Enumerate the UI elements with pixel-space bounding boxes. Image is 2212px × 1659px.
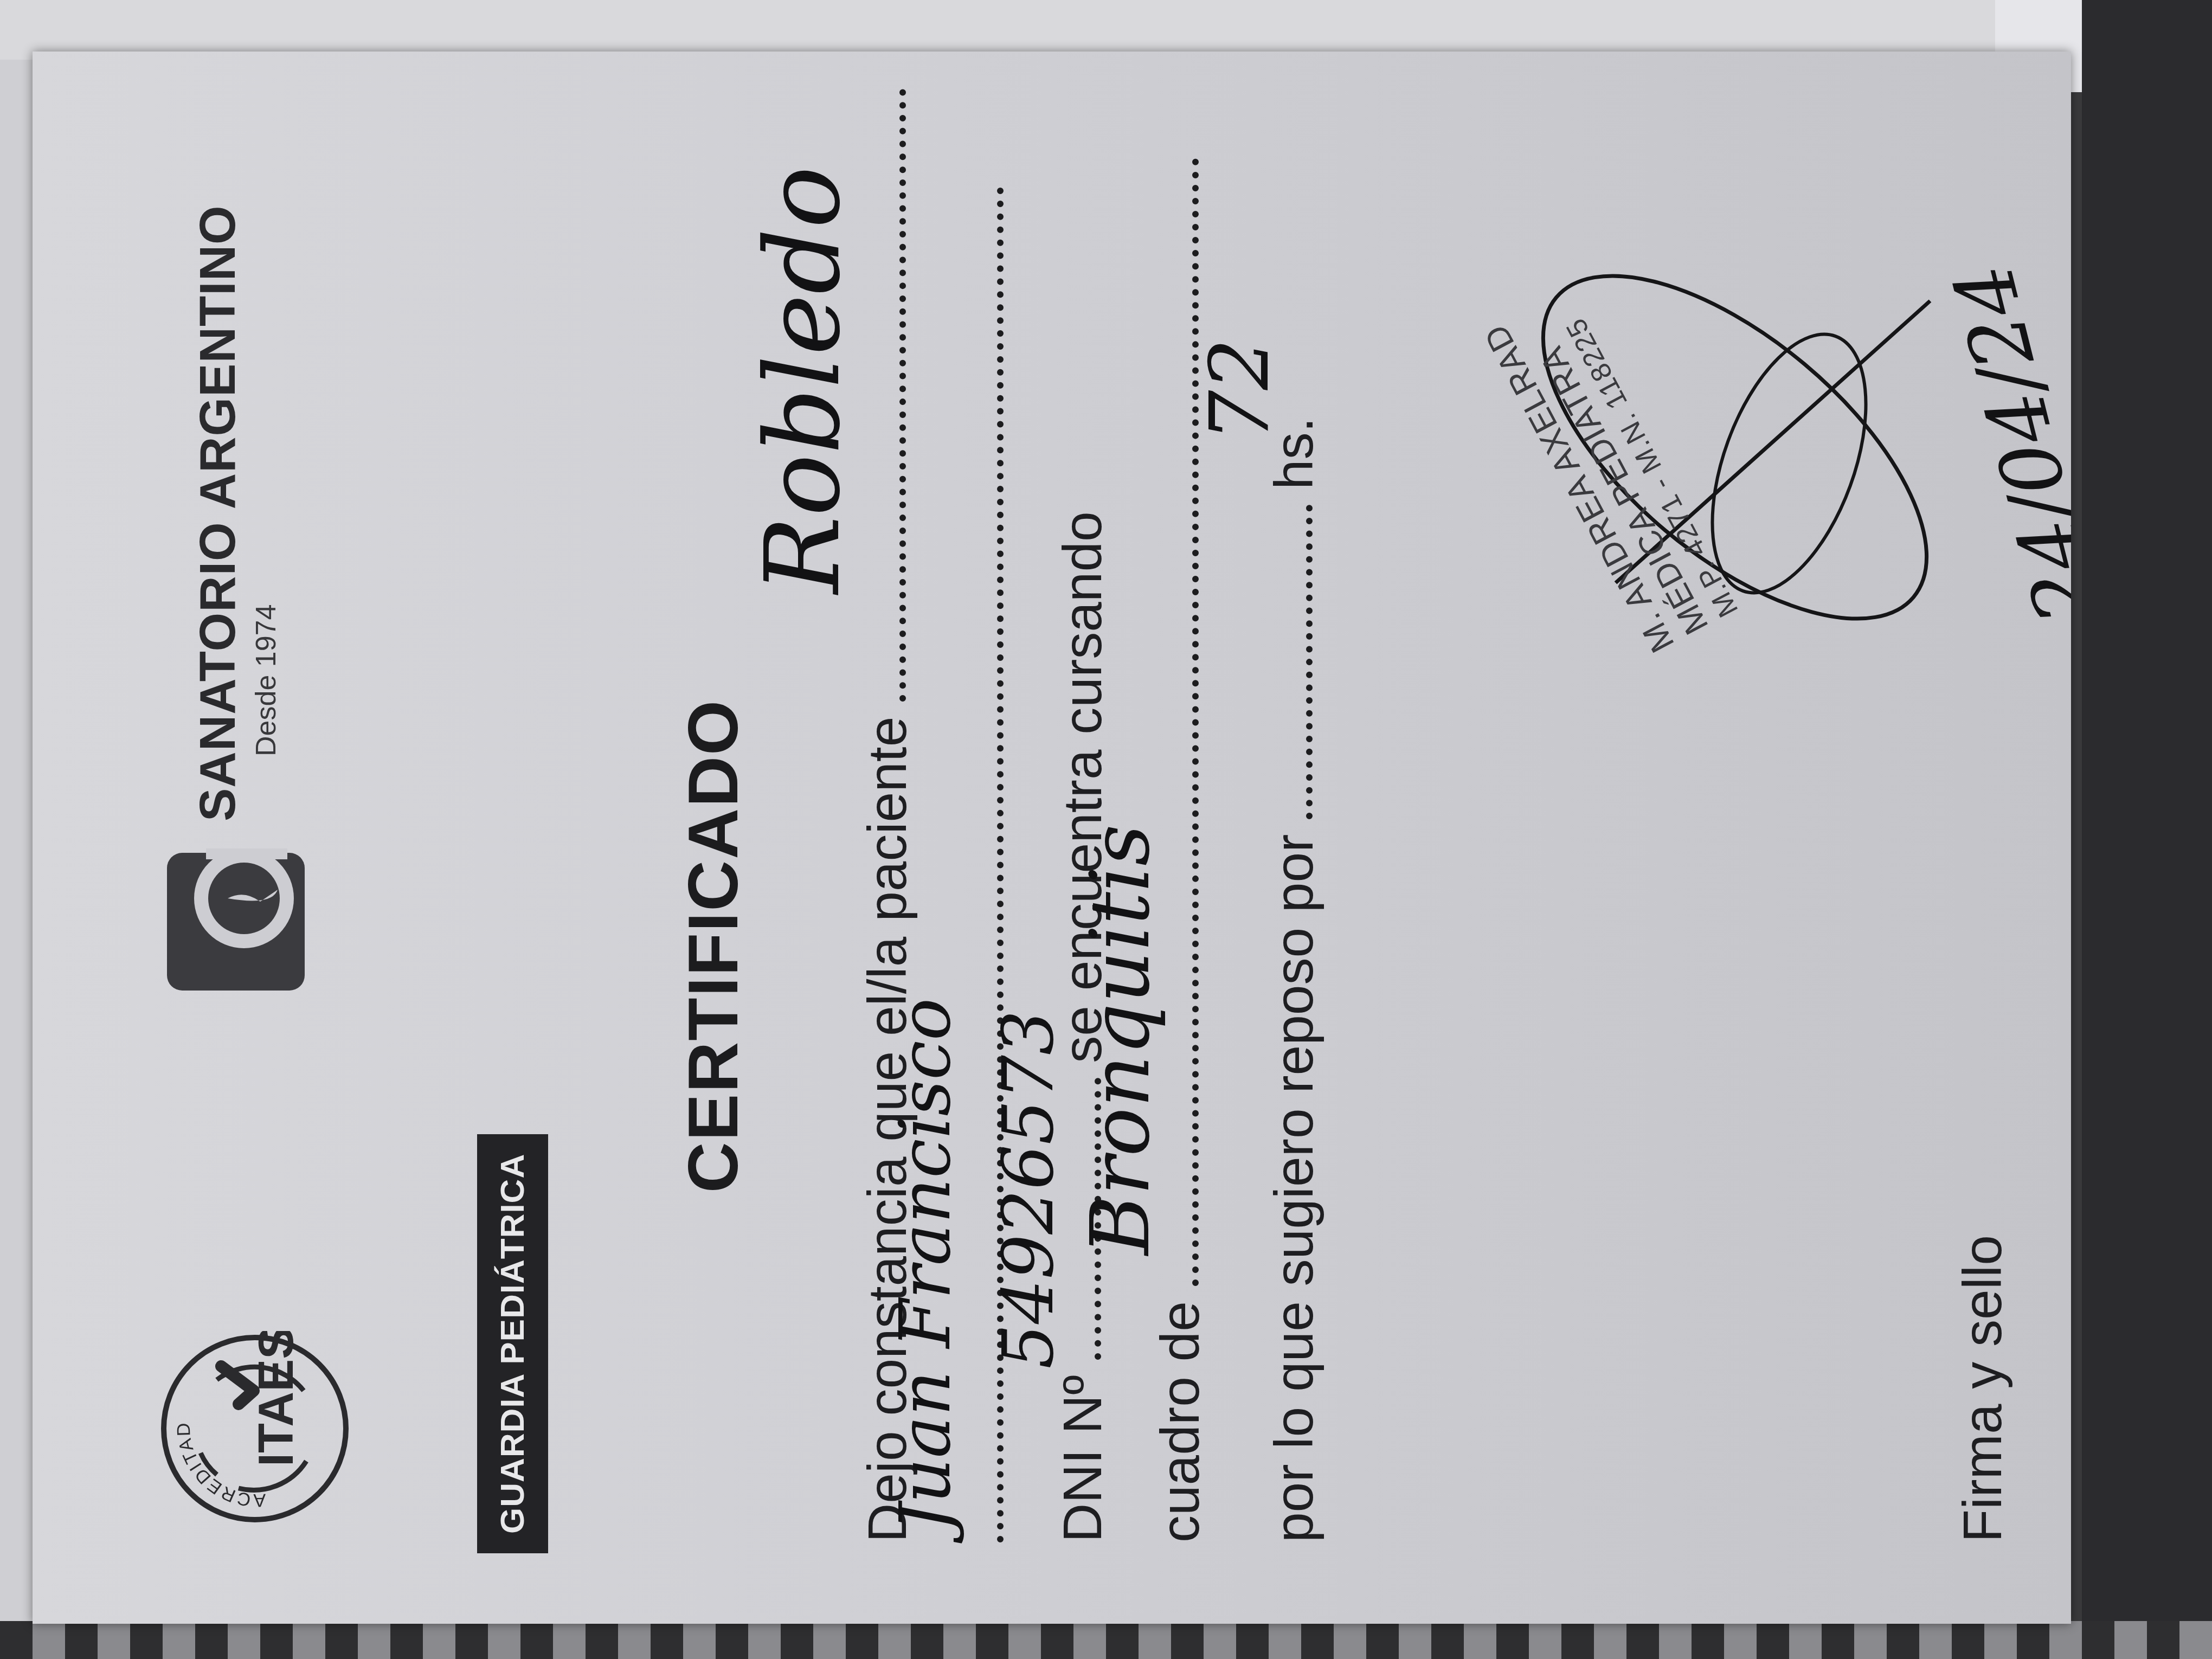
handwritten-diagnosis: Bronquitis [1073, 824, 1168, 1255]
page-title: CERTIFICADO [672, 268, 754, 1624]
rest-label: por lo que sugiero reposo por [1264, 834, 1324, 1542]
handwritten-dni: 54926573 [987, 1010, 1069, 1369]
checkmark-icon [221, 1366, 254, 1404]
background-paper-edge [0, 0, 2212, 60]
background-dark-object [2082, 0, 2212, 1659]
department-label: GUARDIA PEDIÁTRICA [477, 1134, 548, 1553]
rest-hours-field[interactable] [1301, 505, 1313, 819]
handwritten-patient-surname: Robledo [743, 166, 863, 594]
sanatorio-argentino-logo-icon [163, 848, 309, 995]
dni-label: DNI Nº [1052, 1375, 1113, 1542]
handwritten-patient-first-name: Juan Francisco [884, 998, 966, 1532]
diagnosis-field[interactable] [1187, 158, 1199, 1286]
certificate-sheet: ACREDITADO ITAES GUARDIA PEDIÁTRICA SANA… [33, 52, 2071, 1624]
institution-brand: SANATORIO ARGENTINO Desde 1974 [190, 205, 282, 821]
itaes-accreditation-badge: ACREDITADO ITAES [157, 1331, 352, 1526]
institution-since: Desde 1974 [250, 205, 282, 756]
rest-line: por lo que sugiero reposo por hs. [1263, 417, 1326, 1542]
handwritten-rest-hours: 72 [1193, 338, 1287, 442]
patient-name-field[interactable] [894, 89, 906, 702]
signature-label: Firma y sello [1952, 1235, 2014, 1542]
certificate-page: ACREDITADO ITAES GUARDIA PEDIÁTRICA SANA… [33, 52, 2071, 1624]
background-tablecloth [0, 1621, 2212, 1659]
institution-name: SANATORIO ARGENTINO [190, 205, 247, 821]
diagnosis-label: cuadro de [1150, 1301, 1211, 1542]
badge-name: ITAES [249, 1331, 304, 1467]
background-surface [0, 0, 33, 1659]
